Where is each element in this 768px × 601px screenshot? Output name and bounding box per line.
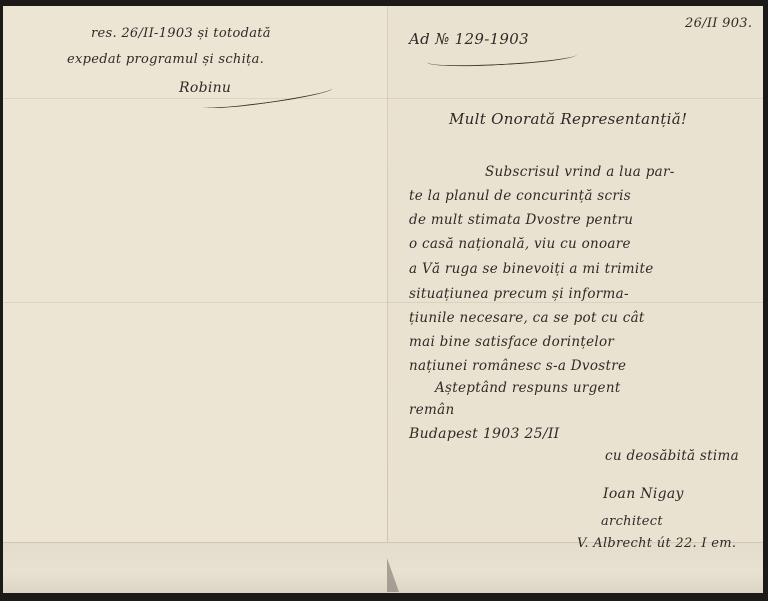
signature: Ioan Nigay <box>603 486 684 502</box>
signer-title: architect <box>601 514 663 529</box>
flap-shadow <box>387 558 399 592</box>
annotation-line-1: res. 26/II-1903 și totodată <box>91 26 271 41</box>
body-line: mai bine satisface dorințelor <box>409 334 614 350</box>
date-top-right: 26/II 903. <box>685 16 752 31</box>
fold-line-top <box>3 98 763 99</box>
body-line: de mult stimata Dvostre pentru <box>409 212 633 228</box>
body-line: a Vă ruga se binevoiți a mi trimite <box>409 261 654 277</box>
registry-number: Ad № 129-1903 <box>409 30 529 48</box>
body-line: națiunei românesc s-a Dvostre <box>409 358 626 374</box>
place-date: Budapest 1903 25/II <box>409 426 560 442</box>
body-line: Așteptând respuns urgent <box>435 380 621 396</box>
body-line: țiunile necesare, ca se pot cu cât <box>409 310 645 326</box>
body-line: te la planul de concurință scris <box>409 188 631 204</box>
body-line: situațiunea precum și informa- <box>409 286 629 302</box>
body-line: Subscrisul vrind a lua par- <box>485 164 675 180</box>
signer-address: V. Albrecht út 22. I em. <box>577 536 736 551</box>
salutation: Mult Onorată Representanțiă! <box>449 110 687 128</box>
body-line: o casă națională, viu cu onoare <box>409 236 631 252</box>
letter-sheet: res. 26/II-1903 și totodată expedat prog… <box>3 6 763 592</box>
annotation-signature: Robinu <box>179 80 231 96</box>
annotation-line-2: expedat programul și schița. <box>67 52 264 67</box>
fold-line-middle <box>3 302 763 303</box>
closing: cu deosăbită stima <box>605 448 739 464</box>
body-line: remân <box>409 402 455 418</box>
center-fold <box>387 6 388 592</box>
